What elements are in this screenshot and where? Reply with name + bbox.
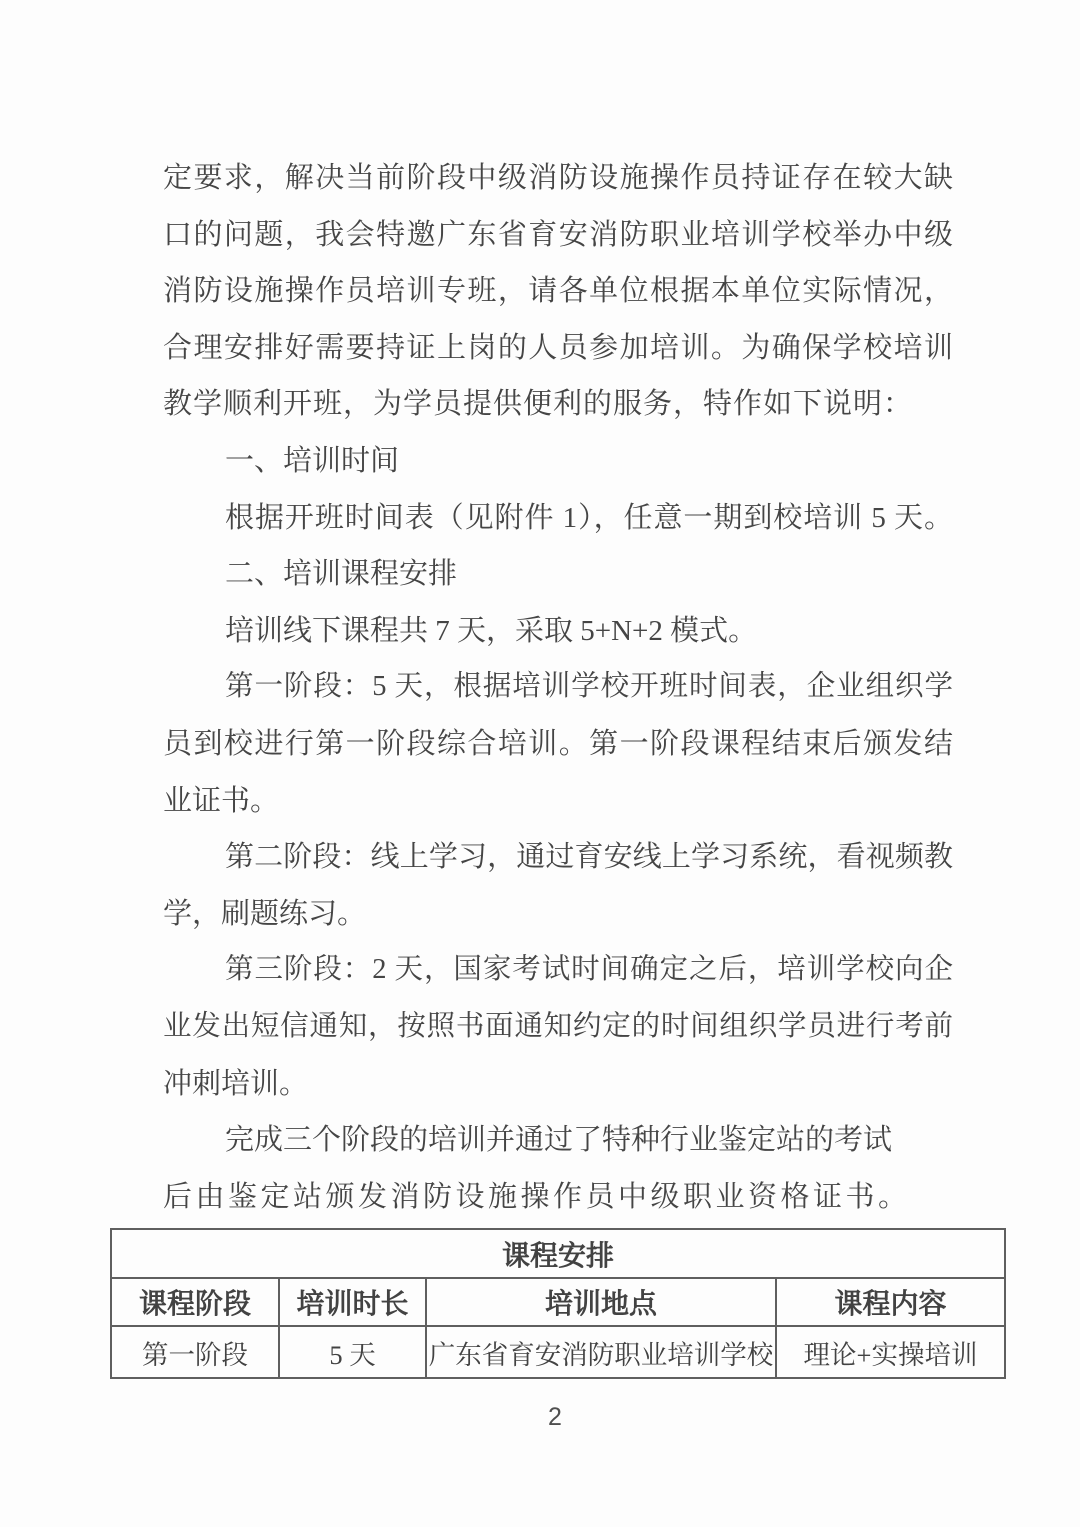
document-line: 教学顺利开班，为学员提供便利的服务，特作如下说明： bbox=[163, 376, 953, 433]
document-line: 口的问题，我会特邀广东省育安消防职业培训学校举办中级 bbox=[163, 207, 953, 264]
document-line: 第三阶段：2 天，国家考试时间确定之后，培训学校向企 bbox=[163, 942, 953, 999]
table-row: 第一阶段 5 天 广东省育安消防职业培训学校 理论+实操培训 bbox=[111, 1326, 1005, 1378]
section-heading-1: 一、培训时间 bbox=[163, 433, 953, 490]
document-line: 消防设施操作员培训专班，请各单位根据本单位实际情况， bbox=[163, 263, 953, 320]
document-line: 根据开班时间表（见附件 1），任意一期到校培训 5 天。 bbox=[163, 490, 953, 547]
column-header-content: 课程内容 bbox=[776, 1278, 1005, 1326]
document-line: 完成三个阶段的培训并通过了特种行业鉴定站的考试 bbox=[163, 1112, 953, 1169]
table-cell-location: 广东省育安消防职业培训学校 bbox=[426, 1326, 776, 1378]
column-header-stage: 课程阶段 bbox=[111, 1278, 279, 1326]
document-page: 定要求，解决当前阶段中级消防设施操作员持证存在较大缺 口的问题，我会特邀广东省育… bbox=[0, 0, 1080, 1527]
document-line: 合理安排好需要持证上岗的人员参加培训。为确保学校培训 bbox=[163, 320, 953, 377]
document-line: 学，刷题练习。 bbox=[163, 886, 953, 943]
document-line: 第二阶段：线上学习，通过育安线上学习系统，看视频教 bbox=[163, 829, 953, 886]
document-line: 业发出短信通知，按照书面通知约定的时间组织学员进行考前 bbox=[163, 999, 953, 1056]
table-cell-stage: 第一阶段 bbox=[111, 1326, 279, 1378]
table-cell-duration: 5 天 bbox=[279, 1326, 426, 1378]
table-cell-content: 理论+实操培训 bbox=[776, 1326, 1005, 1378]
column-header-duration: 培训时长 bbox=[279, 1278, 426, 1326]
document-line: 员到校进行第一阶段综合培训。第一阶段课程结束后颁发结 bbox=[163, 716, 953, 773]
document-line: 后由鉴定站颁发消防设施操作员中级职业资格证书。 bbox=[163, 1169, 953, 1226]
document-line: 业证书。 bbox=[163, 773, 953, 830]
document-line: 定要求，解决当前阶段中级消防设施操作员持证存在较大缺 bbox=[163, 150, 953, 207]
section-heading-2: 二、培训课程安排 bbox=[163, 546, 953, 603]
document-line: 冲刺培训。 bbox=[163, 1056, 953, 1113]
course-schedule-table: 课程安排 课程阶段 培训时长 培训地点 课程内容 第一阶段 5 天 广东省育安消… bbox=[110, 1228, 1006, 1379]
table-title: 课程安排 bbox=[111, 1229, 1005, 1278]
document-body: 定要求，解决当前阶段中级消防设施操作员持证存在较大缺 口的问题，我会特邀广东省育… bbox=[163, 150, 953, 1225]
document-line: 培训线下课程共 7 天，采取 5+N+2 模式。 bbox=[163, 603, 953, 660]
column-header-location: 培训地点 bbox=[426, 1278, 776, 1326]
page-number: 2 bbox=[548, 1403, 562, 1432]
document-line: 第一阶段：5 天，根据培训学校开班时间表，企业组织学 bbox=[163, 659, 953, 716]
